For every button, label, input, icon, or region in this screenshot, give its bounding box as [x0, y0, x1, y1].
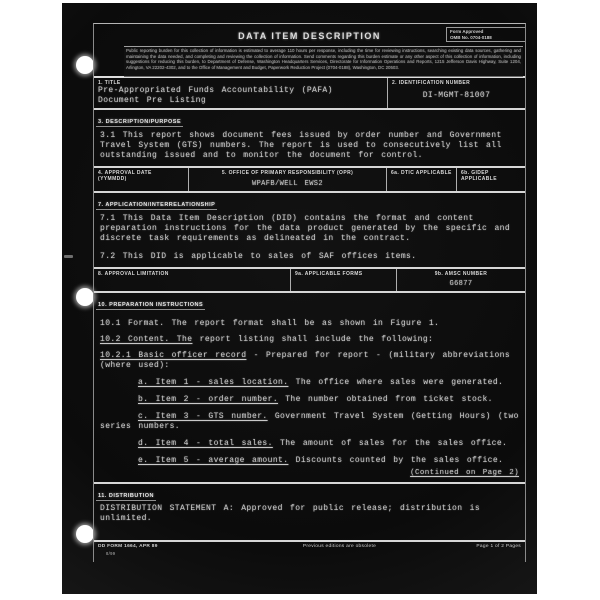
punch-hole-middle — [76, 288, 94, 306]
field-id-label: 2. IDENTIFICATION NUMBER — [392, 80, 521, 86]
item-a-lead: a. Item 1 - sales location. — [138, 378, 288, 387]
amsc-label: 9b. AMSC NUMBER — [401, 271, 521, 277]
footer-form-number: DD FORM 1664, APR 89 8/99 — [98, 544, 248, 556]
field-opr: 5. OFFICE OF PRIMARY RESPONSIBILITY (OPR… — [188, 168, 386, 191]
form-header: DATA ITEM DESCRIPTION Form Approved OMB … — [94, 24, 525, 78]
para-record-rest: - Prepared for report - (military abbrev… — [246, 351, 510, 360]
opr-label: 5. OFFICE OF PRIMARY RESPONSIBILITY (OPR… — [193, 170, 382, 176]
section7-label: 7. APPLICATION/INTERRELATIONSHIP — [96, 200, 217, 210]
dd-form-1664: DATA ITEM DESCRIPTION Form Approved OMB … — [93, 23, 526, 562]
section-description-purpose: 3. DESCRIPTION/PURPOSE 3.1 This report s… — [94, 110, 525, 168]
applicable-forms-label: 9a. APPLICABLE FORMS — [295, 271, 392, 277]
approval-limitation-label: 8. APPROVAL LIMITATION — [98, 271, 286, 277]
section7-paragraph2: 7.2 This DID is applicable to sales of S… — [94, 249, 525, 267]
para-content: 10.2 Content. The report listing shall i… — [100, 335, 519, 345]
para-content-lead: 10.2 Content. The — [100, 335, 192, 344]
punch-hole-bottom — [76, 525, 94, 543]
section10-label: 10. PREPARATION INSTRUCTIONS — [96, 300, 205, 310]
distribution-line1: DISTRIBUTION STATEMENT A: Approved for p… — [100, 504, 519, 514]
continued-note: (Continued on Page 2) — [100, 468, 519, 478]
footer-form-number-text: DD FORM 1664, APR 89 — [98, 544, 248, 549]
opr-value: WPAFB/WELL EWS2 — [193, 179, 382, 189]
distribution-line2: unlimited. — [100, 514, 519, 524]
reporting-burden-instructions: Public reporting burden for this collect… — [124, 46, 523, 77]
para-record-wrap: (where used): — [100, 361, 519, 371]
omb-line2: OMB No. 0704-0188 — [450, 35, 522, 41]
dtic-label: 6a. DTIC APPLICABLE — [391, 170, 452, 176]
field-identification-number: 2. IDENTIFICATION NUMBER DI-MGMT-81007 — [387, 78, 525, 108]
footer-editions-note: Previous editions are obsolete — [248, 544, 431, 549]
field-title-value-line2: Document Pre Listing — [98, 96, 383, 106]
para-record-lead: 10.2.1 Basic officer record — [100, 351, 246, 360]
field-title: 1. TITLE Pre-Appropriated Funds Accounta… — [94, 78, 387, 108]
field-applicable-forms: 9a. APPLICABLE FORMS — [290, 269, 396, 291]
footer-page-number: Page 1 of 2 Pages — [431, 544, 521, 549]
item-d-rest: The amount of sales for the sales office… — [273, 439, 507, 448]
row-title-id: 1. TITLE Pre-Appropriated Funds Accounta… — [94, 78, 525, 110]
item-d-lead: d. Item 4 - total sales. — [138, 439, 273, 448]
section7-paragraph1: 7.1 This Data Item Description (DID) con… — [94, 211, 525, 249]
list-item-c: c. Item 3 - GTS number. Government Trave… — [138, 412, 519, 422]
row-approval-opr: 4. APPROVAL DATE (YYMMDD) 5. OFFICE OF P… — [94, 168, 525, 193]
footer-form-number-sub: 8/99 — [106, 551, 248, 556]
row-limitation-forms-amsc: 8. APPROVAL LIMITATION 9a. APPLICABLE FO… — [94, 269, 525, 293]
form-footer: DD FORM 1664, APR 89 8/99 Previous editi… — [94, 542, 525, 562]
item-e-lead: e. Item 5 - average amount. — [138, 456, 288, 465]
distribution-statement: DISTRIBUTION STATEMENT A: Approved for p… — [94, 502, 525, 540]
item-e-rest: Discounts counted by the sales office. — [288, 456, 503, 465]
section10-body: 10.1 Format. The report format shall be … — [94, 311, 525, 482]
section-preparation-instructions: 10. PREPARATION INSTRUCTIONS 10.1 Format… — [94, 293, 525, 484]
para-content-rest: report listing shall include the followi… — [192, 335, 433, 344]
list-item-b: b. Item 2 - order number. The number obt… — [138, 395, 519, 405]
section3-label: 3. DESCRIPTION/PURPOSE — [96, 117, 183, 127]
section-application-interrelationship: 7. APPLICATION/INTERRELATIONSHIP 7.1 Thi… — [94, 193, 525, 269]
para-format: 10.1 Format. The report format shall be … — [100, 319, 519, 329]
field-approval-date: 4. APPROVAL DATE (YYMMDD) — [94, 168, 188, 191]
list-item-d: d. Item 4 - total sales. The amount of s… — [138, 439, 519, 449]
item-b-rest: The number obtained from ticket stock. — [278, 395, 493, 404]
item-c-rest: Government Travel System (Getting Hours)… — [268, 412, 519, 421]
punch-hole-top — [76, 56, 94, 74]
para-record: 10.2.1 Basic officer record - Prepared f… — [100, 351, 519, 361]
section3-paragraph: 3.1 This report shows document fees issu… — [94, 128, 525, 166]
field-gidep-applicable: 6b. GIDEP APPLICABLE — [456, 168, 525, 191]
field-dtic-applicable: 6a. DTIC APPLICABLE — [386, 168, 456, 191]
omb-approval-box: Form Approved OMB No. 0704-0188 — [446, 27, 525, 42]
field-amsc-number: 9b. AMSC NUMBER G6877 — [396, 269, 525, 291]
field-approval-limitation: 8. APPROVAL LIMITATION — [94, 269, 290, 291]
field-id-value: DI-MGMT-81007 — [392, 91, 521, 101]
list-item-a: a. Item 1 - sales location. The office w… — [138, 378, 519, 388]
item-b-lead: b. Item 2 - order number. — [138, 395, 278, 404]
list-item-e: e. Item 5 - average amount. Discounts co… — [138, 456, 519, 466]
gidep-label: 6b. GIDEP APPLICABLE — [461, 170, 521, 182]
scan-noise-mark — [64, 255, 73, 258]
section11-label: 11. DISTRIBUTION — [96, 491, 156, 501]
field-title-value-line1: Pre-Appropriated Funds Accountability (P… — [98, 86, 383, 96]
section-distribution: 11. DISTRIBUTION DISTRIBUTION STATEMENT … — [94, 484, 525, 542]
approval-date-label-2: (YYMMDD) — [98, 176, 184, 182]
amsc-value: G6877 — [401, 279, 521, 289]
scanned-page: DATA ITEM DESCRIPTION Form Approved OMB … — [0, 0, 600, 600]
item-c-lead: c. Item 3 - GTS number. — [138, 412, 268, 421]
item-a-rest: The office where sales were generated. — [288, 378, 503, 387]
list-item-c-wrap: series numbers. — [100, 422, 519, 432]
document-scan: DATA ITEM DESCRIPTION Form Approved OMB … — [62, 3, 537, 594]
